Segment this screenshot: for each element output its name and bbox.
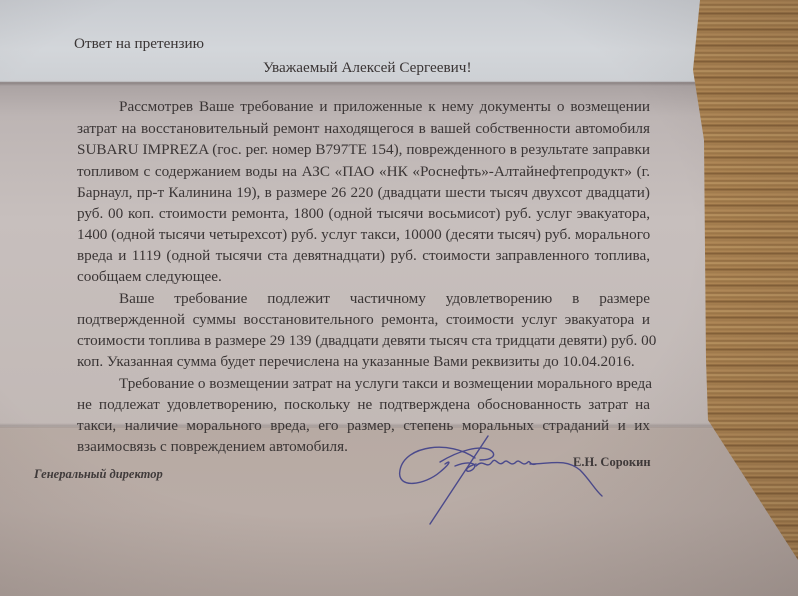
paragraph-3-line: взаимосвязь с повреждением автомобиля. — [77, 439, 348, 454]
paragraph-3-line: Требование о возмещении затрат на услуги… — [77, 376, 650, 391]
handwritten-signature — [380, 430, 680, 530]
paragraph-1-line: затрат на восстановительный ремонт наход… — [77, 121, 650, 136]
paragraph-2-line: подтвержденной суммы восстановительного … — [77, 312, 650, 327]
paragraph-2-line: коп. Указанная сумма будет перечислена н… — [77, 354, 635, 369]
letter-paper: Ответ на претензию Уважаемый Алексей Сер… — [0, 0, 798, 596]
paragraph-3-line: не подлежат удовлетворению, поскольку не… — [77, 397, 650, 412]
fold-crease-upper — [0, 80, 798, 86]
photo-scene: Ответ на претензию Уважаемый Алексей Сер… — [0, 0, 798, 596]
paragraph-1-line: Рассмотрев Ваше требование и приложенные… — [77, 99, 650, 114]
signatory-role: Генеральный директор — [34, 468, 163, 481]
paragraph-1-line: 1400 (одной тысячи четырехсот) руб. услу… — [77, 227, 650, 242]
paragraph-1-line: Барнаул, пр-т Калинина 19), в размере 26… — [77, 185, 650, 200]
paragraph-1-line: SUBARU IMPREZA (гос. рег. номер В797ТЕ 1… — [77, 142, 650, 157]
paragraph-1-line: вреда и 1119 (одной тысячи ста девятнадц… — [77, 248, 650, 263]
paragraph-2-line: Ваше требование подлежит частичному удов… — [77, 291, 650, 306]
paragraph-1-line: топливом с содержанием воды на АЗС «ПАО … — [77, 164, 650, 179]
paragraph-1-line: сообщаем следующее. — [77, 269, 222, 284]
letter-greeting: Уважаемый Алексей Сергеевич! — [263, 60, 472, 75]
paragraph-2-line: стоимости топлива в размере 29 139 (двад… — [77, 333, 650, 348]
paragraph-1-line: руб. 00 коп. стоимости ремонта, 1800 (од… — [77, 206, 650, 221]
letter-heading: Ответ на претензию — [74, 36, 204, 51]
